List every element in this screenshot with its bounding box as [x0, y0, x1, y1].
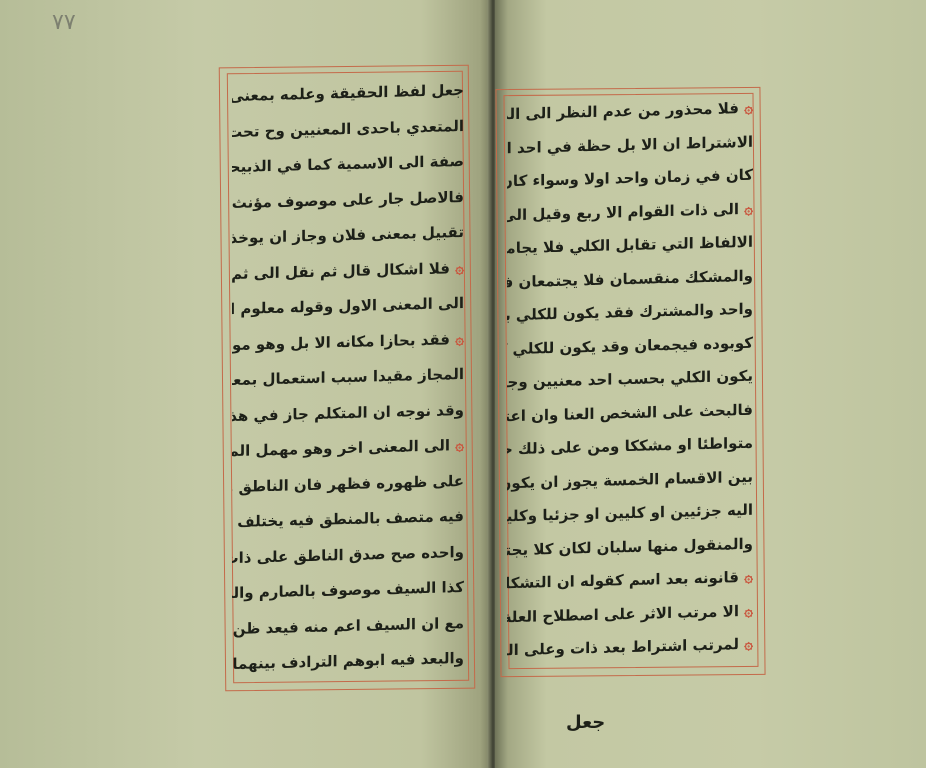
manuscript-line: تقبيل بمعنى فلان وجاز ان يوخذ من حق الاز…: [232, 215, 464, 257]
manuscript-line: مع ان السيف اعم منه فيعد ظن التوارد في ه…: [232, 605, 464, 647]
manuscript-line: اليه جزئيين او كليين او جزئيا وكليا والك…: [507, 494, 753, 534]
manuscript-line: ۞ الى المعنى اخر وهو مهمل المجاز ومن الت…: [232, 428, 464, 470]
left-page: ٧٧ جعل لفظ الحقيقة وعلمه بمعنى المعقول م…: [0, 0, 495, 768]
folio-number: ٧٧: [52, 10, 76, 35]
manuscript-line: واحده صح صدق الناطق على ذات الاخرى بدون …: [232, 534, 464, 576]
manuscript-line: ۞ فقد بحازا مكانه الا بل وهو موصوف التصف…: [232, 321, 464, 363]
manuscript-line: الالفاظ التي تقابل الكلي فلا يجامع اشياء…: [507, 226, 753, 266]
manuscript-line: واحد والمشترك فقد يكون للكلي بحسب التخصي…: [507, 293, 753, 333]
red-rubric-mark: ۞: [739, 635, 753, 653]
left-page-text-block: جعل لفظ الحقيقة وعلمه بمعنى المعقول ماخو…: [232, 76, 464, 680]
manuscript-line: المتعدي باحدى المعنيين وح تحت ان الجعل ا…: [232, 108, 464, 150]
red-rubric-mark: ۞: [739, 199, 753, 217]
manuscript-line: على ظهوره فظهر فان الناطق موصوف بالبرح ا…: [232, 463, 464, 505]
right-page: ۞ فلا محذور من عدم النظر الى المعنى الاو…: [495, 0, 926, 768]
red-rubric-mark: ۞: [739, 99, 753, 117]
manuscript-line: يكون الكلي بحسب احد معنيين وجزئي بحسب ال…: [507, 360, 753, 400]
red-rubric-mark: ۞: [450, 329, 464, 347]
manuscript-line: فيه متصف بالمنطق فيه يختلف في المعنى وان…: [232, 499, 464, 541]
catchword: جعل: [566, 712, 605, 733]
manuscript-line: كذا السيف موصوف بالصارم والصارم بمعنى ال…: [232, 570, 464, 612]
red-rubric-mark: ۞: [739, 568, 753, 586]
manuscript-line: جعل لفظ الحقيقة وعلمه بمعنى المعقول ماخو…: [232, 73, 464, 115]
manuscript-line: ۞ فلا محذور من عدم النظر الى المعنى الاو…: [507, 92, 753, 132]
manuscript-spread: ٧٧ جعل لفظ الحقيقة وعلمه بمعنى المعقول م…: [0, 0, 926, 768]
red-rubric-mark: ۞: [450, 436, 464, 454]
red-rubric-mark: ۞: [739, 601, 753, 619]
manuscript-line: والبعد فيه ابوهم الترادف بينهما في الشيئ…: [232, 641, 464, 683]
manuscript-line: ۞ فلا اشكال قال ثم نقل الى ثم يعني ومثبت…: [232, 250, 464, 292]
manuscript-line: كان في زمان واحد اولا وسواء كان بينهما م…: [507, 159, 753, 199]
manuscript-line: ۞ لمرتب اشتراط بعد ذات وعلى الحقيقة قلنا…: [507, 628, 753, 668]
right-page-text-block: ۞ فلا محذور من عدم النظر الى المعنى الاو…: [507, 95, 753, 665]
red-rubric-mark: ۞: [450, 258, 464, 276]
manuscript-line: فالاصل جار على موصوف مؤنث غير مذكور كما …: [232, 179, 464, 221]
manuscript-line: متواطئا او مشككا ومن على ذلك حال المنقول…: [507, 427, 753, 467]
manuscript-line: المجاز مقيدا سبب استعمال بمعنى اسم الفاع…: [232, 357, 464, 399]
manuscript-line: الى المعنى الاول وقوله معلوم الدلالة اشا…: [232, 286, 464, 328]
manuscript-line: صفة الى الاسمية كما في الذبيحة ونظائرها …: [232, 144, 464, 186]
manuscript-line: وقد نوجه ان المتكلم جاز في هذا اللفظ عن …: [232, 392, 464, 434]
manuscript-line: ۞ قانونه بعد اسم كقوله ان التشكك الا وان…: [507, 561, 753, 601]
